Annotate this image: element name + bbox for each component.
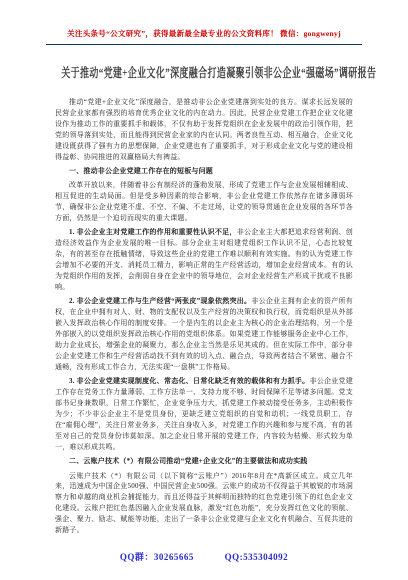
section-1-heading: 一、推动非公企业党建工作存在的短板与问题 <box>55 166 353 177</box>
section-2-intro: 云账户技术（*）有限公司（以下简称“云账户”）2016年8月在*高新区成立。成立… <box>55 471 353 536</box>
document-title: 关于推动“党建+企业文化”深度融合打造凝聚引领非公企业“强磁场”调研报告 <box>61 63 376 81</box>
list-item-2: 2. 非公企业党建工作与生产经营“两张皮”现象依然突出。非公企业主拥有企业的资产… <box>55 296 353 372</box>
list-item-3-lead: 3. 非公企业党建实现制度化、常态化、日常化缺乏有效的载体和有力抓手。 <box>69 377 309 385</box>
qq-number: QQ:535304092 <box>225 552 289 562</box>
header-banner: 关注头条号“公文研究”，获得最新最全最专业的公文资料库！ 微信：gongweny… <box>46 23 362 45</box>
document-page: 关注头条号“公文研究”，获得最新最全最专业的公文资料库！ 微信：gongweny… <box>0 0 408 580</box>
section-2-heading: 二、云账户技术（*）有限公司推动“党建+企业文化”的主要做法和成功实践 <box>55 456 353 467</box>
list-item-1-text: 非公企业主大都把追求经营利润、创造经济效益作为企业发展的唯一目标。部分企业主对组… <box>55 228 353 291</box>
title-container: 关于推动“党建+企业文化”深度融合打造凝聚引领非公企业“强磁场”调研报告 <box>0 63 408 82</box>
list-item-1-lead: 1. 非公企业主对党建工作的作用和重要性认识不足， <box>69 228 237 236</box>
section-1-intro: 改革开放以来，伴随着非公有制经济的蓬勃发展，形成了党建工作与企业发展相辅相成、相… <box>55 180 353 224</box>
header-notice-text: 关注头条号“公文研究”，获得最新最全最专业的公文资料库！ 微信：gongweny… <box>67 29 341 38</box>
list-item-3-text: 非公企业党建工作存在党务工作力量薄弱、工作方法单一、支持力度不够、时间保障不足等… <box>55 377 353 450</box>
footer-contacts: QQ群：30265665 QQ:535304092 <box>0 550 408 563</box>
list-item-2-lead: 2. 非公企业党建工作与生产经营“两张皮”现象依然突出。 <box>69 297 251 305</box>
list-item-2-text: 非公企业主拥有企业的资产所有权，在企业中拥有对人、财、物的支配权以及生产经营的决… <box>55 297 353 370</box>
list-item-3: 3. 非公企业党建实现制度化、常态化、日常化缺乏有效的载体和有力抓手。非公企业党… <box>55 376 353 452</box>
document-body: 推动“党建+企业文化”深度融合，是推动非公企业党建落到实处的良方。谋求长远发展的… <box>55 97 353 536</box>
list-item-1: 1. 非公企业主对党建工作的作用和重要性认识不足，非公企业主大都把追求经营利润、… <box>55 227 353 292</box>
qq-group-number: QQ群：30265665 <box>120 552 194 562</box>
paragraph-intro: 推动“党建+企业文化”深度融合，是推动非公企业党建落到实处的良方。谋求长远发展的… <box>55 97 353 162</box>
